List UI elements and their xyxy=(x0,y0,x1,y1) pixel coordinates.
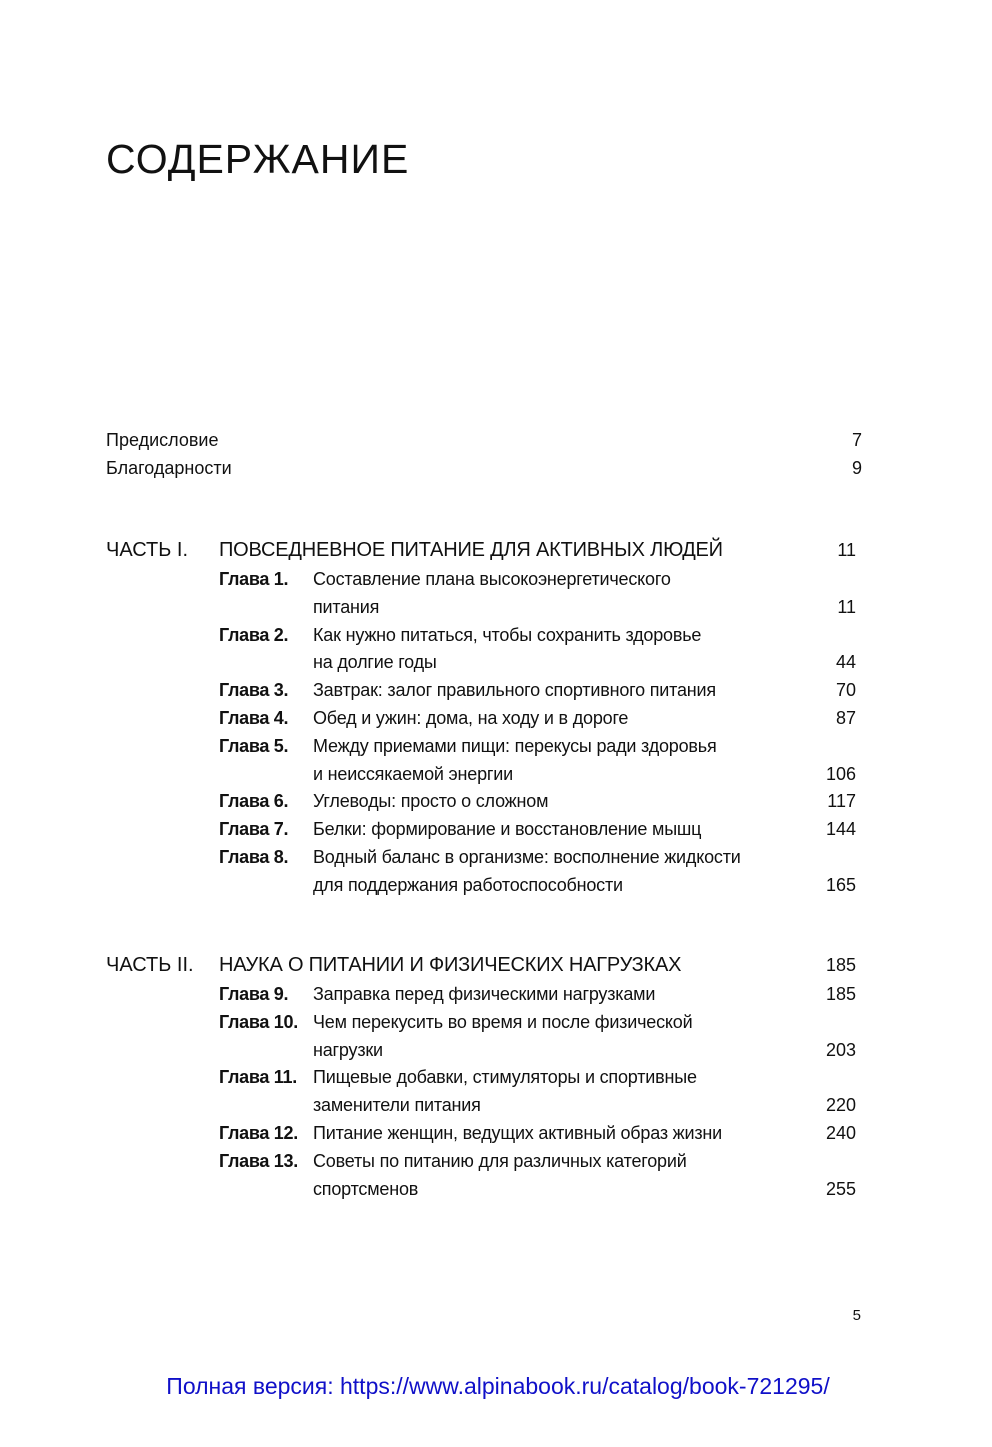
chapter-entry-continuation[interactable]: нагрузки203 xyxy=(0,1036,992,1064)
chapter-entry-continuation[interactable]: и неиссякаемой энергии106 xyxy=(0,760,992,788)
chapter-label: Глава 5. xyxy=(219,732,288,760)
entry-page: 7 xyxy=(852,426,862,454)
chapter-title: Как нужно питаться, чтобы сохранить здор… xyxy=(313,621,701,649)
chapter-page: 240 xyxy=(826,1119,856,1147)
chapter-title: Питание женщин, ведущих активный образ ж… xyxy=(313,1119,722,1147)
chapter-label: Глава 1. xyxy=(219,565,288,593)
page-title: СОДЕРЖАНИЕ xyxy=(106,133,409,185)
chapter-label: Глава 6. xyxy=(219,787,288,815)
chapter-title: Водный баланс в организме: восполнение ж… xyxy=(313,843,741,871)
chapter-page: 70 xyxy=(836,676,856,704)
chapter-label: Глава 3. xyxy=(219,676,288,704)
chapter-page: 255 xyxy=(826,1175,856,1203)
chapter-entry[interactable]: Глава 4.Обед и ужин: дома, на ходу и в д… xyxy=(0,704,992,732)
chapter-entry-continuation[interactable]: на долгие годы44 xyxy=(0,648,992,676)
chapter-page: 117 xyxy=(827,787,856,815)
chapter-page: 106 xyxy=(826,760,856,788)
chapter-entry[interactable]: Глава 1.Составление плана высокоэнергети… xyxy=(0,565,992,593)
chapter-entry[interactable]: Глава 9.Заправка перед физическими нагру… xyxy=(0,980,992,1008)
chapter-page: 87 xyxy=(836,704,856,732)
part-heading[interactable]: ЧАСТЬ I.ПОВСЕДНЕВНОЕ ПИТАНИЕ ДЛЯ АКТИВНЫ… xyxy=(0,535,992,565)
part-page: 11 xyxy=(837,535,856,565)
chapter-label: Глава 10. xyxy=(219,1008,298,1036)
chapter-entry-continuation[interactable]: заменители питания220 xyxy=(0,1091,992,1119)
chapter-entry[interactable]: Глава 6.Углеводы: просто о сложном117 xyxy=(0,787,992,815)
chapter-title: нагрузки xyxy=(313,1036,383,1064)
entry-title: Предисловие xyxy=(106,426,218,454)
chapter-page: 165 xyxy=(826,871,856,899)
chapter-title: спортсменов xyxy=(313,1175,418,1203)
chapter-title: Советы по питанию для различных категори… xyxy=(313,1147,687,1175)
chapter-title: Пищевые добавки, стимуляторы и спортивны… xyxy=(313,1063,697,1091)
part-heading[interactable]: ЧАСТЬ II.НАУКА О ПИТАНИИ И ФИЗИЧЕСКИХ НА… xyxy=(0,950,992,980)
part-title: НАУКА О ПИТАНИИ И ФИЗИЧЕСКИХ НАГРУЗКАХ xyxy=(219,950,681,980)
chapter-label: Глава 13. xyxy=(219,1147,298,1175)
full-version-link[interactable]: Полная версия: https://www.alpinabook.ru… xyxy=(0,1370,992,1402)
chapter-title: заменители питания xyxy=(313,1091,481,1119)
chapter-entry[interactable]: Глава 5.Между приемами пищи: перекусы ра… xyxy=(0,732,992,760)
chapter-title: Белки: формирование и восстановление мыш… xyxy=(313,815,701,843)
chapter-entry-continuation[interactable]: спортсменов255 xyxy=(0,1175,992,1203)
chapter-entry-continuation[interactable]: питания11 xyxy=(0,593,992,621)
part-label: ЧАСТЬ I. xyxy=(106,535,188,565)
part-page: 185 xyxy=(826,950,856,980)
chapter-entry[interactable]: Глава 13.Советы по питанию для различных… xyxy=(0,1147,992,1175)
chapter-label: Глава 4. xyxy=(219,704,288,732)
chapter-title: Составление плана высокоэнергетического xyxy=(313,565,671,593)
chapter-entry[interactable]: Глава 10.Чем перекусить во время и после… xyxy=(0,1008,992,1036)
chapter-entry[interactable]: Глава 12.Питание женщин, ведущих активны… xyxy=(0,1119,992,1147)
chapter-title: Углеводы: просто о сложном xyxy=(313,787,548,815)
part-title: ПОВСЕДНЕВНОЕ ПИТАНИЕ ДЛЯ АКТИВНЫХ ЛЮДЕЙ xyxy=(219,535,723,565)
chapter-label: Глава 12. xyxy=(219,1119,298,1147)
chapter-title: Чем перекусить во время и после физическ… xyxy=(313,1008,692,1036)
chapter-page: 11 xyxy=(837,593,856,621)
chapter-entry[interactable]: Глава 8.Водный баланс в организме: воспо… xyxy=(0,843,992,871)
chapter-page: 220 xyxy=(826,1091,856,1119)
chapter-entry-continuation[interactable]: для поддержания работоспособности165 xyxy=(0,871,992,899)
page-number: 5 xyxy=(853,1306,861,1326)
chapter-entry[interactable]: Глава 2.Как нужно питаться, чтобы сохран… xyxy=(0,621,992,649)
toc-entry[interactable]: Предисловие7 xyxy=(0,426,992,454)
entry-page: 9 xyxy=(852,454,862,482)
chapter-label: Глава 2. xyxy=(219,621,288,649)
toc-entry[interactable]: Благодарности9 xyxy=(0,454,992,482)
chapter-label: Глава 9. xyxy=(219,980,288,1008)
chapter-page: 185 xyxy=(826,980,856,1008)
entry-title: Благодарности xyxy=(106,454,232,482)
chapter-title: Заправка перед физическими нагрузками xyxy=(313,980,655,1008)
chapter-title: на долгие годы xyxy=(313,648,437,676)
chapter-title: для поддержания работоспособности xyxy=(313,871,623,899)
chapter-label: Глава 7. xyxy=(219,815,288,843)
chapter-title: Между приемами пищи: перекусы ради здоро… xyxy=(313,732,717,760)
part-label: ЧАСТЬ II. xyxy=(106,950,194,980)
chapter-label: Глава 8. xyxy=(219,843,288,871)
chapter-label: Глава 11. xyxy=(219,1063,297,1091)
chapter-entry[interactable]: Глава 11.Пищевые добавки, стимуляторы и … xyxy=(0,1063,992,1091)
chapter-title: питания xyxy=(313,593,379,621)
chapter-entry[interactable]: Глава 3.Завтрак: залог правильного спорт… xyxy=(0,676,992,704)
chapter-title: и неиссякаемой энергии xyxy=(313,760,513,788)
chapter-entry[interactable]: Глава 7.Белки: формирование и восстановл… xyxy=(0,815,992,843)
chapter-page: 44 xyxy=(836,648,856,676)
chapter-title: Завтрак: залог правильного спортивного п… xyxy=(313,676,716,704)
chapter-title: Обед и ужин: дома, на ходу и в дороге xyxy=(313,704,628,732)
chapter-page: 144 xyxy=(826,815,856,843)
chapter-page: 203 xyxy=(826,1036,856,1064)
